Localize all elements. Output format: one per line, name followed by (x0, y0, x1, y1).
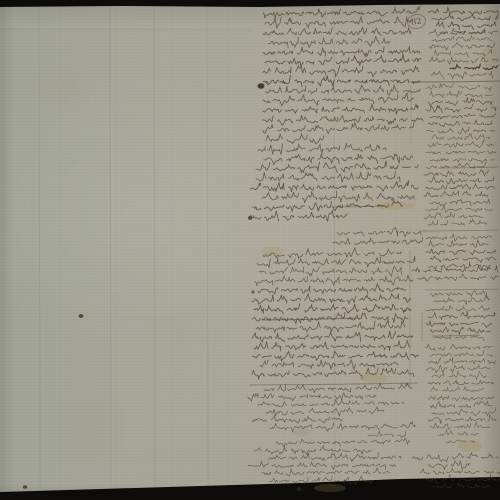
age-stain (293, 428, 311, 436)
handwriting-line (431, 71, 493, 79)
handwriting-line (260, 360, 398, 370)
ink-rule (420, 230, 499, 231)
handwriting-line (263, 93, 414, 106)
handwriting-layer (0, 0, 500, 500)
age-stain (454, 249, 474, 259)
handwriting-line (252, 331, 413, 342)
ink-blot (344, 480, 347, 482)
handwriting-line (432, 133, 490, 140)
handwriting-line (263, 115, 423, 125)
handwriting-line (430, 91, 492, 98)
handwriting-line (262, 468, 390, 476)
handwriting-line (264, 154, 413, 165)
handwriting-line (430, 401, 492, 408)
rule-layer (250, 81, 500, 388)
handwriting-line (426, 127, 494, 134)
handwriting-line (426, 151, 496, 154)
crease-layer (0, 7, 335, 489)
handwriting-line (263, 46, 420, 57)
handwriting-line (430, 159, 494, 164)
handwriting-line (252, 294, 411, 305)
handwriting-line (430, 327, 490, 334)
handwriting-line (428, 380, 493, 385)
handwriting-line (426, 234, 491, 241)
handwriting-line (426, 305, 490, 312)
ink-rule (425, 289, 499, 290)
handwriting-line (428, 357, 496, 364)
handwriting-line (263, 27, 411, 36)
handwriting-line (276, 438, 410, 446)
handwriting-line (424, 191, 488, 197)
margin-text-column (412, 8, 500, 489)
handwriting-line (263, 65, 419, 76)
handwriting-line (254, 341, 409, 352)
handwriting-line (265, 54, 421, 67)
age-stain (314, 484, 346, 492)
handwriting-line (432, 14, 498, 21)
handwriting-line (270, 476, 373, 484)
handwriting-line (262, 191, 414, 202)
handwriting-line (263, 75, 420, 86)
handwriting-line (248, 393, 376, 401)
fold-crease-vertical (39, 7, 40, 489)
handwriting-line (265, 16, 412, 28)
handwriting-line (424, 213, 483, 219)
handwriting-line (266, 407, 384, 416)
handwriting-line (428, 461, 470, 469)
handwriting-line (263, 104, 418, 115)
handwriting-line (430, 199, 490, 206)
handwriting-line (434, 296, 490, 304)
handwriting-line (337, 228, 421, 237)
handwriting-line (428, 262, 490, 270)
handwriting-line (418, 274, 498, 281)
handwriting-line (426, 104, 496, 113)
handwriting-line (424, 169, 488, 177)
handwriting-line (432, 36, 492, 42)
handwriting-line (252, 312, 408, 323)
age-stain (481, 46, 497, 68)
handwriting-line (428, 97, 492, 106)
handwriting-line (426, 184, 494, 190)
handwriting-line (259, 266, 402, 276)
fold-crease-vertical (334, 7, 335, 489)
ink-blot (23, 485, 27, 489)
handwriting-line (430, 113, 496, 119)
handwriting-line (428, 219, 486, 225)
handwriting-line (428, 176, 494, 184)
handwriting-line (256, 321, 405, 333)
handwriting-line (255, 275, 413, 285)
ink-blot (248, 216, 252, 220)
handwriting-line (266, 134, 324, 144)
handwriting-line (432, 371, 486, 379)
fold-crease-vertical (110, 7, 111, 489)
handwriting-line (438, 430, 478, 437)
ink-blot (296, 487, 301, 491)
handwriting-line (428, 8, 498, 16)
handwriting-line (426, 475, 500, 484)
handwriting-line (252, 416, 342, 423)
handwriting-line (252, 368, 414, 380)
ink-rule (410, 81, 500, 82)
ink-rule (250, 383, 418, 385)
handwriting-line (333, 237, 423, 244)
handwriting-line (266, 85, 420, 95)
handwriting-line (420, 469, 500, 475)
handwriting-line (432, 483, 490, 489)
handwriting-line (258, 284, 406, 295)
handwriting-line (428, 141, 494, 148)
handwriting-line (430, 422, 490, 429)
handwriting-line (428, 396, 494, 401)
handwriting-line (429, 28, 497, 36)
main-text-column (248, 6, 423, 484)
handwriting-line (368, 431, 406, 438)
ink-blot (79, 314, 84, 318)
handwriting-line (257, 256, 415, 268)
handwriting-line (428, 120, 492, 127)
handwriting-line (428, 240, 488, 247)
handwriting-line (254, 446, 372, 455)
handwriting-line (428, 312, 495, 319)
age-stain (261, 247, 283, 257)
handwriting-line (430, 386, 484, 391)
handwriting-line (256, 161, 418, 173)
handwriting-line (428, 415, 496, 424)
handwriting-line (430, 350, 492, 357)
handwriting-line (430, 290, 487, 297)
fold-crease-vertical (207, 7, 208, 489)
ink-blot (258, 83, 265, 89)
handwriting-line (254, 304, 411, 314)
ink-rule (438, 167, 498, 168)
handwriting-line (412, 266, 498, 273)
handwriting-line (426, 321, 492, 328)
handwriting-line (268, 36, 390, 48)
handwriting-line (436, 22, 496, 30)
handwriting-line (256, 171, 400, 182)
manuscript-scan: 32 (0, 0, 500, 500)
fold-crease-horizontal (0, 29, 252, 30)
handwriting-line (250, 211, 347, 222)
handwriting-line (432, 407, 496, 416)
ink-blot (251, 290, 254, 293)
handwriting-line (426, 205, 492, 212)
handwriting-line (258, 399, 404, 407)
handwriting-line (258, 143, 386, 154)
handwriting-line (270, 421, 415, 431)
handwriting-line (248, 462, 396, 470)
age-stain (458, 440, 482, 452)
handwriting-line (426, 344, 492, 351)
fold-crease-vertical (154, 7, 155, 489)
ink-rule (432, 335, 480, 336)
handwriting-line (426, 83, 492, 91)
